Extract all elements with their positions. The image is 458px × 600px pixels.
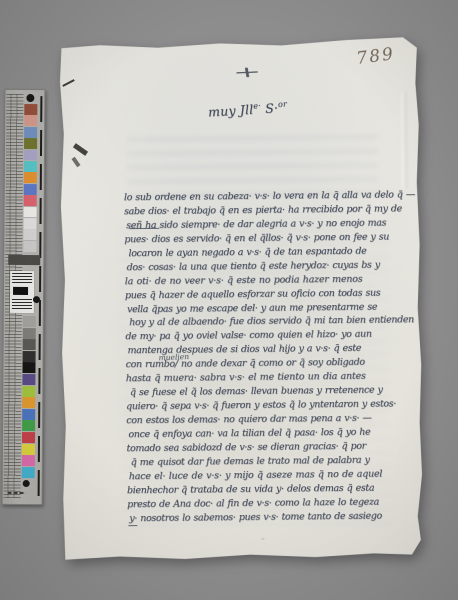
- color-patch-dark-red: [24, 104, 37, 115]
- manuscript-sheet: 789 + muy Jlle· S·or lo sub ordene en su…: [56, 36, 424, 562]
- strip-footer-marks: [8, 492, 26, 494]
- paper-crease: [401, 92, 408, 188]
- color-patch-orange-2: [22, 397, 35, 408]
- salutation-superscript: or: [278, 99, 288, 109]
- color-patch-magenta: [22, 455, 35, 466]
- color-patch-blue: [24, 127, 37, 138]
- color-patch-salmon: [24, 115, 37, 126]
- color-patch-olive: [24, 138, 37, 149]
- color-calibration-strip: [2, 89, 46, 505]
- barcode-block: [13, 287, 28, 295]
- color-patch-gray-7: [23, 351, 36, 362]
- paper-surface: 789 + muy Jlle· S·or lo sub ordene en su…: [56, 36, 424, 562]
- salutation-text: muy Jll: [208, 102, 254, 120]
- color-patch-gray-2: [23, 229, 36, 240]
- micro-text-rows: [12, 273, 32, 285]
- color-patch-purple: [22, 374, 35, 385]
- color-patch-gray-4: [23, 316, 36, 327]
- photographed-archive-page: { "page": { "folio_number": "789", "cros…: [0, 0, 458, 600]
- color-patch-lavender: [24, 150, 37, 161]
- color-patch-column-bottom: [22, 316, 36, 478]
- registration-dot-icon: [26, 94, 34, 102]
- color-patch-column-top: [23, 104, 37, 252]
- color-patch-yellow-green: [22, 386, 35, 397]
- color-patch-black: [22, 362, 35, 373]
- micro-text-rows: [12, 299, 32, 311]
- color-patch-gray-3: [23, 241, 36, 252]
- registration-dot-icon: [23, 480, 30, 487]
- color-patch-cyan-2: [22, 467, 35, 478]
- color-patch-gray-6: [23, 339, 36, 350]
- strip-separator-bar: [8, 255, 40, 265]
- color-patch-orange: [24, 172, 37, 183]
- interlinear-insertion: muelien: [158, 352, 189, 362]
- color-patch-gray-1: [23, 218, 36, 229]
- color-patch-blue-2: [22, 409, 35, 420]
- folio-number: 789: [355, 44, 396, 69]
- color-patch-indigo: [24, 184, 37, 195]
- salutation-text: S·: [261, 100, 279, 116]
- registration-dot-icon: [33, 296, 40, 303]
- color-patch-white: [24, 207, 37, 218]
- salutation-heading: muy Jlle· S·or: [208, 99, 288, 119]
- color-patch-cyan: [24, 161, 37, 172]
- color-patch-yellow: [22, 444, 35, 455]
- color-patch-gray-5: [23, 328, 36, 339]
- foxing-speck: [262, 538, 265, 540]
- strip-label-block: [10, 271, 34, 313]
- color-patch-green: [22, 420, 35, 431]
- color-patch-pink-red: [24, 195, 37, 206]
- color-patch-red: [22, 432, 35, 443]
- ink-underline: [128, 525, 137, 526]
- cross-mark: +: [231, 62, 262, 81]
